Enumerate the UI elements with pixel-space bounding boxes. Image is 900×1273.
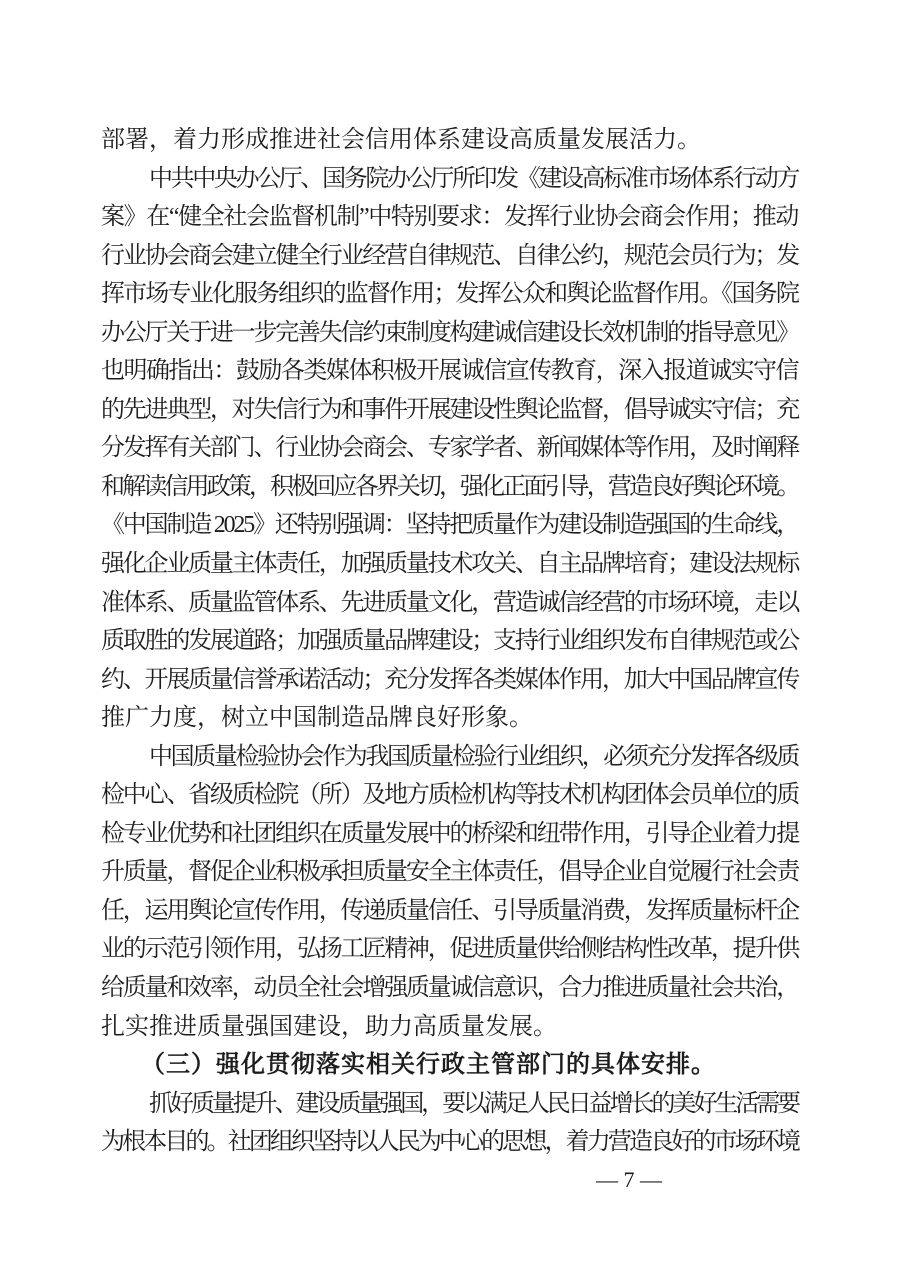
text-line: 扎实推进质量强国建设，助力高质量发展。 — [101, 1008, 798, 1047]
text-line: 的先进典型，对失信行为和事件开展建设性舆论监督，倡导诚实守信；充 — [101, 391, 798, 430]
text-line: 给质量和效率，动员全社会增强质量诚信意识，合力推进质量社会共治， — [101, 969, 798, 1008]
text-line: 为根本目的。社团组织坚持以人民为中心的思想，着力营造良好的市场环境 — [101, 1123, 798, 1162]
page-number: — 7 — — [101, 1165, 798, 1195]
paragraph: 部署，着力形成推进社会信用体系建设高质量发展活力。 — [101, 121, 798, 160]
text-line: 案》在“健全社会监督机制”中特别要求：发挥行业协会商会作用；推动 — [101, 198, 798, 237]
paragraph: 中共中央办公厅、国务院办公厅所印发《建设高标准市场体系行动方案》在“健全社会监督… — [101, 160, 798, 738]
text-line: 约、开展质量信誉承诺活动；充分发挥各类媒体作用，加大中国品牌宣传 — [101, 661, 798, 700]
section-heading: （三）强化贯彻落实相关行政主管部门的具体安排。 — [101, 1046, 798, 1085]
text-line: 质取胜的发展道路；加强质量品牌建设；支持行业组织发布自律规范或公 — [101, 622, 798, 661]
paragraph: 中国质量检验协会作为我国质量检验行业组织，必须充分发挥各级质检中心、省级质检院（… — [101, 738, 798, 1046]
text-line: （三）强化贯彻落实相关行政主管部门的具体安排。 — [141, 1046, 798, 1085]
text-line: 中国质量检验协会作为我国质量检验行业组织，必须充分发挥各级质 — [149, 738, 798, 777]
text-line: 中共中央办公厅、国务院办公厅所印发《建设高标准市场体系行动方 — [149, 160, 798, 199]
document-page: 部署，着力形成推进社会信用体系建设高质量发展活力。中共中央办公厅、国务院办公厅所… — [0, 0, 900, 1273]
paragraph: 抓好质量提升、建设质量强国，要以满足人民日益增长的美好生活需要为根本目的。社团组… — [101, 1085, 798, 1162]
text-line: 升质量，督促企业积极承担质量安全主体责任，倡导企业自觉履行社会责 — [101, 853, 798, 892]
text-line: 检中心、省级质检院（所）及地方质检机构等技术机构团体会员单位的质 — [101, 776, 798, 815]
text-line: 挥市场专业化服务组织的监督作用；发挥公众和舆论监督作用。《国务院 — [101, 275, 798, 314]
text-line: 任，运用舆论宣传作用，传递质量信任、引导质量消费，发挥质量标杆企 — [101, 892, 798, 931]
text-line: 分发挥有关部门、行业协会商会、专家学者、新闻媒体等作用，及时阐释 — [101, 429, 798, 468]
text-line: 行业协会商会建立健全行业经营自律规范、自律公约，规范会员行为；发 — [101, 237, 798, 276]
text-line: 业的示范引领作用，弘扬工匠精神，促进质量供给侧结构性改革，提升供 — [101, 930, 798, 969]
text-line: 《中国制造 2025》还特别强调：坚持把质量作为建设制造强国的生命线， — [101, 506, 798, 545]
document-body: 部署，着力形成推进社会信用体系建设高质量发展活力。中共中央办公厅、国务院办公厅所… — [101, 121, 798, 1162]
text-line: 强化企业质量主体责任，加强质量技术攻关、自主品牌培育；建设法规标 — [101, 545, 798, 584]
text-line: 检专业优势和社团组织在质量发展中的桥梁和纽带作用，引导企业着力提 — [101, 815, 798, 854]
text-line: 办公厅关于进一步完善失信约束制度构建诚信建设长效机制的指导意见》 — [101, 314, 798, 353]
text-line: 准体系、质量监管体系、先进质量文化，营造诚信经营的市场环境，走以 — [101, 584, 798, 623]
text-line: 和解读信用政策，积极回应各界关切，强化正面引导，营造良好舆论环境。 — [101, 468, 798, 507]
text-line: 抓好质量提升、建设质量强国，要以满足人民日益增长的美好生活需要 — [149, 1085, 798, 1124]
text-line: 部署，着力形成推进社会信用体系建设高质量发展活力。 — [101, 121, 798, 160]
text-line: 也明确指出：鼓励各类媒体积极开展诚信宣传教育，深入报道诚实守信 — [101, 352, 798, 391]
text-line: 推广力度，树立中国制造品牌良好形象。 — [101, 699, 798, 738]
